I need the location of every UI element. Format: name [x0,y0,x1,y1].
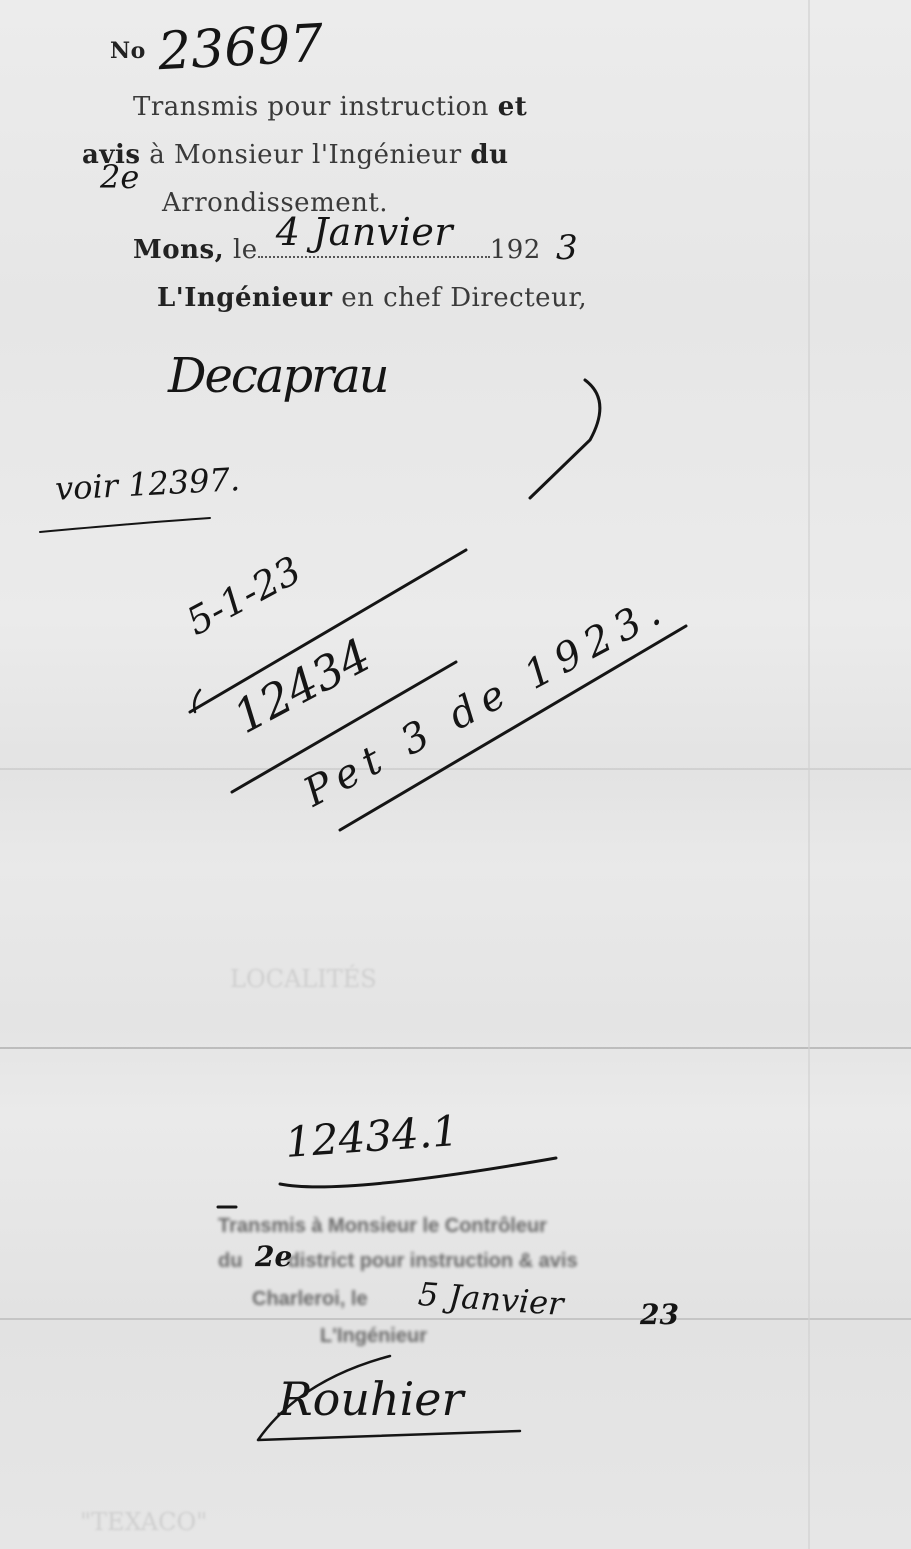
handwritten-date: 4 Janvier [276,210,453,254]
transmittal-text: à Monsieur l'Ingénieur [149,140,461,170]
stamp-district-handwritten: 2e [255,1240,292,1273]
stamp-text: du [218,1250,242,1272]
fold-line [808,0,810,1549]
signature-director: Decaprau [168,348,388,404]
transmittal-text: Transmis pour instruction [133,92,489,122]
fold-line [0,1318,911,1320]
signatory-line: L'Ingénieur en chef Directeur, [157,283,587,313]
fold-line [0,768,911,770]
year-digit-handwritten: 3 [556,228,578,268]
stamp-signatory: L'Ingénieur [320,1325,427,1348]
year-printed: 192 [490,235,541,265]
arrondissement-number: 2e [100,158,139,196]
paper-background [0,0,911,1549]
stamp-year-handwritten: 23 [640,1298,679,1331]
stamp-text: district pour instruction & avis [288,1250,578,1272]
fold-line [0,1047,911,1049]
transmittal-line-2: avis à Monsieur l'Ingénieur du [82,140,509,170]
place-name: Mons, [133,235,224,265]
transmittal-text-bold: et [498,92,528,122]
bleed-through-text: LOCALITÉS [230,965,377,993]
document-number: 23697 [157,14,325,83]
date-line: Mons, le 4 Janvier 192 [133,234,541,265]
signatory-title-bold: L'Ingénieur [157,283,332,313]
number-label: No [110,38,146,64]
signatory-title: en chef Directeur, [341,283,587,313]
transmittal-line-1: Transmis pour instruction et [133,92,527,122]
stamp-line-1: Transmis à Monsieur le Contrôleur [218,1215,547,1238]
date-prefix: le [233,235,258,265]
bleed-through-text: "TEXACO" [80,1508,207,1536]
stamp-place: Charleroi, le [252,1288,368,1311]
signature-engineer: Rouhier [278,1372,464,1426]
transmittal-text-bold: du [470,140,508,170]
